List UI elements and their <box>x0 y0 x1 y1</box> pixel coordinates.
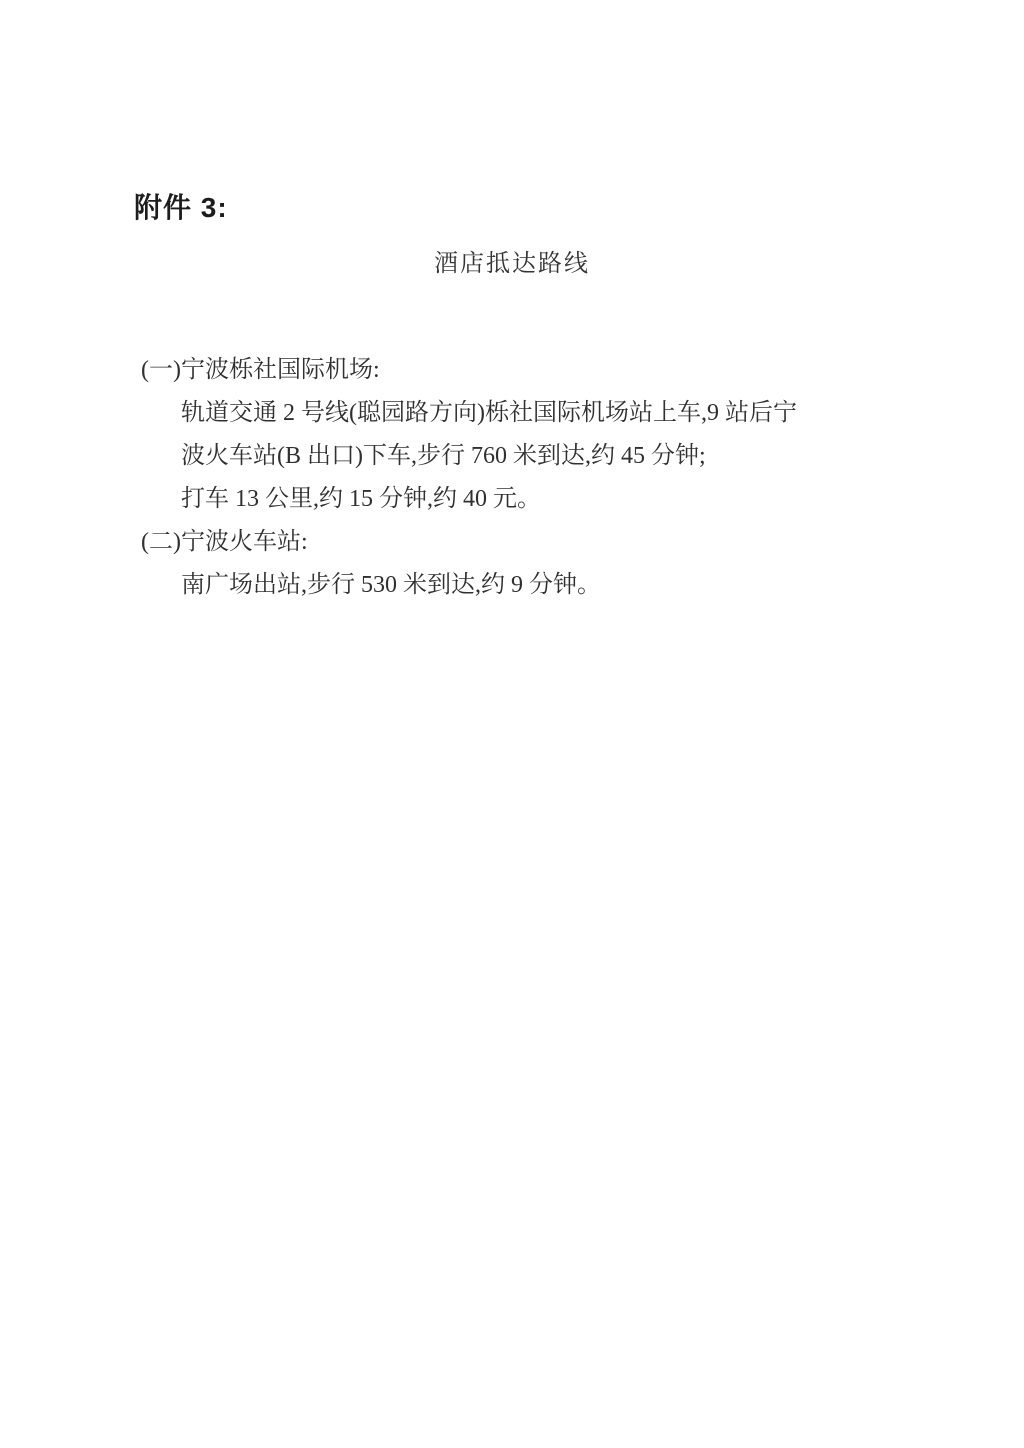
document-title: 酒店抵达路线 <box>0 243 1024 278</box>
section-1-route-line-3: 打车 13 公里,约 15 分钟,约 40 元。 <box>0 478 1024 521</box>
document-body: (一)宁波栎社国际机场: 轨道交通 2 号线(聪园路方向)栎社国际机场站上车,9… <box>0 349 1024 607</box>
section-1-route-line-1: 轨道交通 2 号线(聪园路方向)栎社国际机场站上车,9 站后宁 <box>0 392 1024 435</box>
document-page: 附件 3: 酒店抵达路线 (一)宁波栎社国际机场: 轨道交通 2 号线(聪园路方… <box>0 0 1024 1448</box>
section-1-route-line-2: 波火车站(B 出口)下车,步行 760 米到达,约 45 分钟; <box>0 435 1024 478</box>
attachment-label: 附件 3: <box>134 186 228 226</box>
section-2-heading: (二)宁波火车站: <box>0 521 1024 564</box>
section-1-heading: (一)宁波栎社国际机场: <box>0 349 1024 392</box>
section-2-route-line-1: 南广场出站,步行 530 米到达,约 9 分钟。 <box>0 564 1024 607</box>
